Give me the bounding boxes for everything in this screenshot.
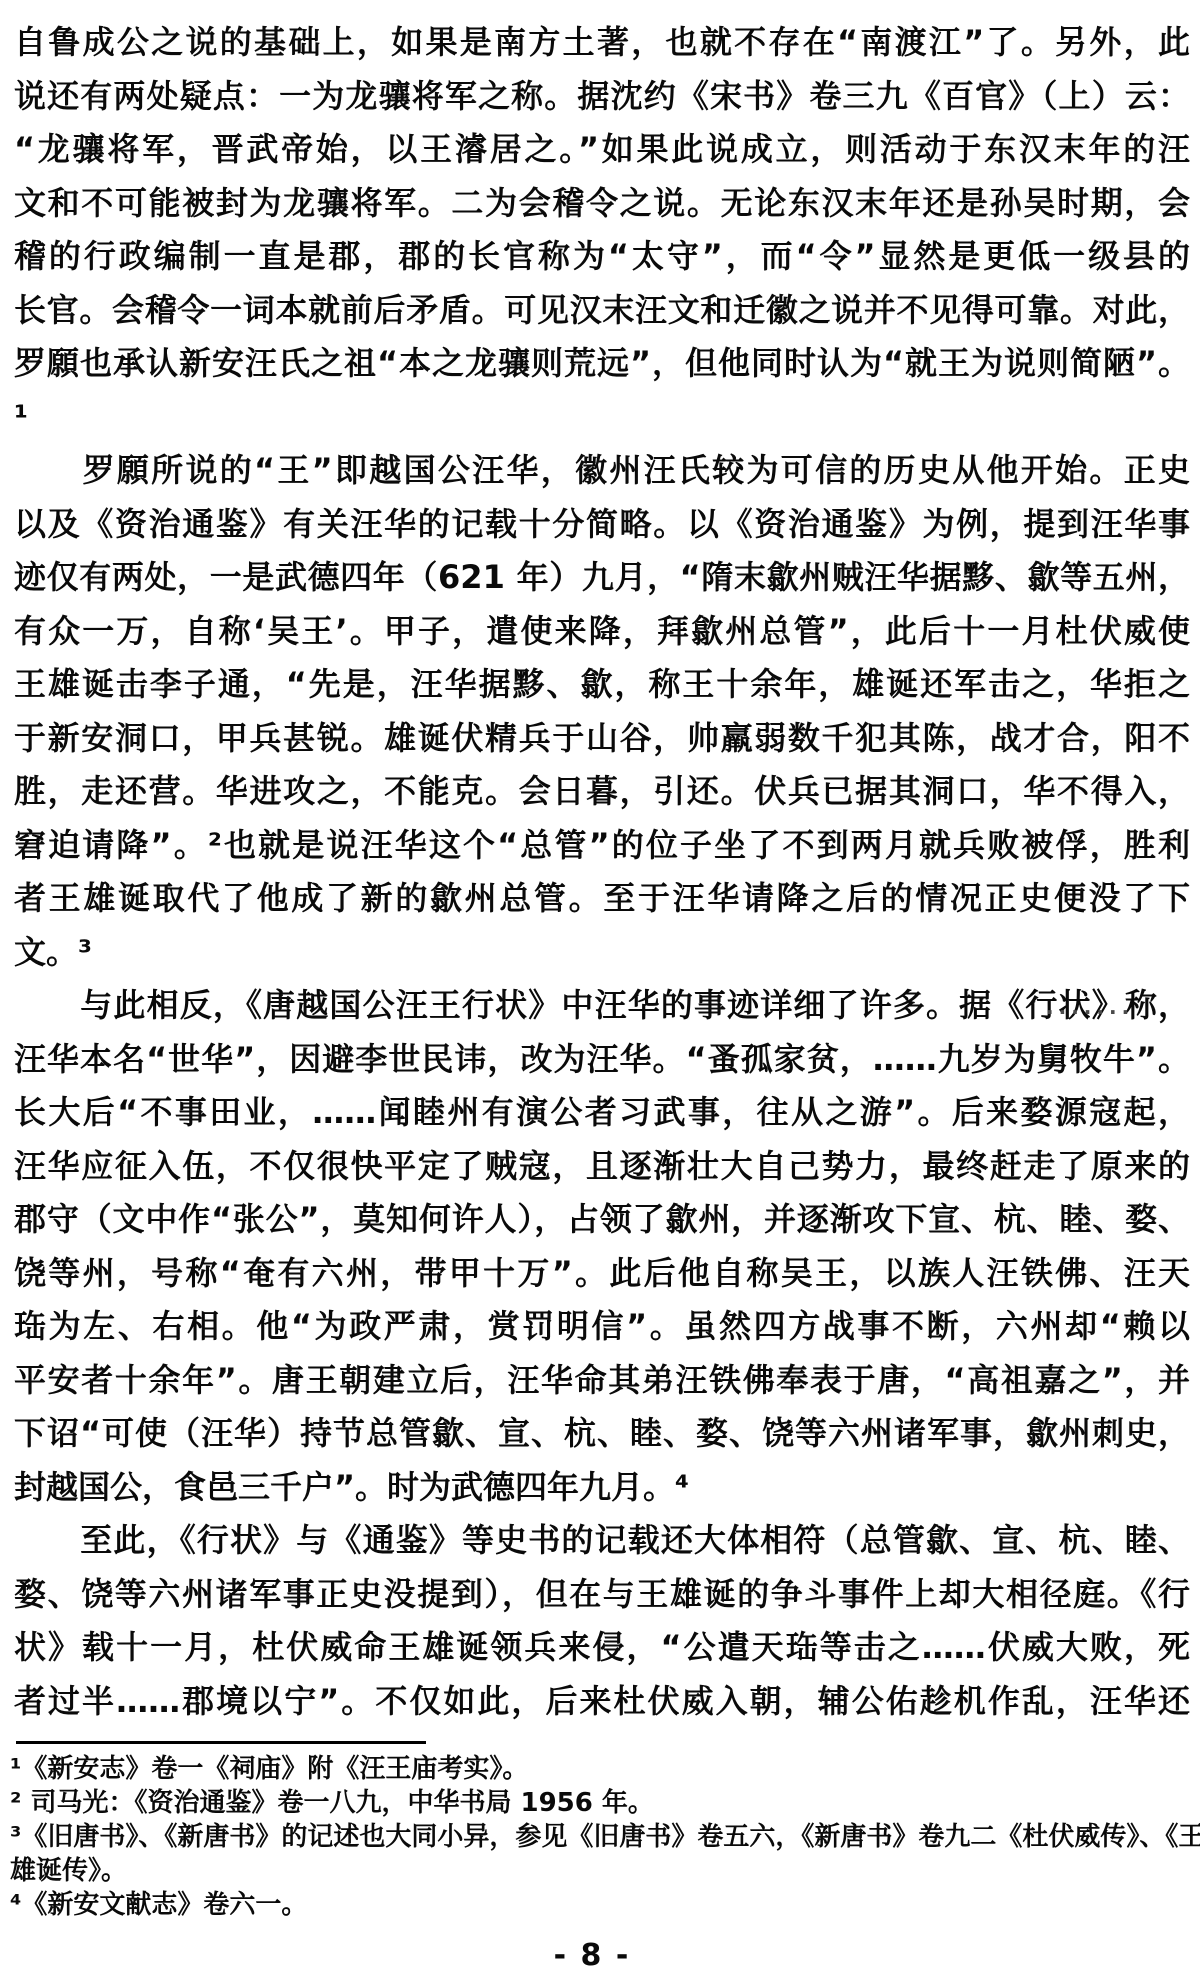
text-line: 汪华应征入伍，不仅很快平定了贼寇，且逐渐壮大自己势力，最终赶走了原来的	[14, 1140, 1190, 1194]
text-line: 封越国公，食邑三千户”。时为武德四年九月。⁴	[14, 1461, 1190, 1515]
text-line: 平安者十余年”。唐王朝建立后，汪华命其弟汪铁佛奉表于唐，“高祖嘉之”，并	[14, 1354, 1190, 1408]
footnote-separator	[16, 1741, 426, 1744]
footnote-line: ² 司马光：《资治通鉴》卷一八九，中华书局 1956 年。	[10, 1786, 1188, 1820]
text-line: 汪华本名“世华”，因避李世民讳，改为汪华。“蚤孤家贫，……九岁为舅牧牛”。	[14, 1033, 1190, 1087]
text-line: 者王雄诞取代了他成了新的歙州总管。至于汪华请降之后的情况正史便没了下	[14, 872, 1190, 926]
footnote-line: ¹《新安志》卷一《祠庙》附《汪王庙考实》。	[10, 1752, 1188, 1786]
text-line: 说还有两处疑点：一为龙骧将军之称。据沈约《宋书》卷三九《百官》（上）云：	[14, 70, 1190, 124]
text-line: 至此，《行状》与《通鉴》等史书的记载还大体相符（总管歙、宣、杭、睦、	[14, 1514, 1190, 1568]
footnote-line: 雄诞传》。	[10, 1854, 1188, 1888]
text-line: 长官。会稽令一词本就前后矛盾。可见汉末汪文和迁徽之说并不见得可靠。对此，	[14, 284, 1190, 338]
text-line: 状》载十一月，杜伏威命王雄诞领兵来侵，“公遣天珤等击之……伏威大败，死	[14, 1621, 1190, 1675]
text-line: 胜，走还营。华进攻之，不能克。会日暮，引还。伏兵已据其洞口，华不得入，	[14, 765, 1190, 819]
text-line: 珤为左、右相。他“为政严肃，赏罚明信”。虽然四方战事不断，六州却“赖以	[14, 1300, 1190, 1354]
text-line: 文和不可能被封为龙骧将军。二为会稽令之说。无论东汉末年还是孙吴时期，会	[14, 177, 1190, 231]
page-number: - 8 -	[0, 1938, 1184, 1973]
text-line: 王雄诞击李子通，“先是，汪华据黟、歙，称王十余年，雄诞还军击之，华拒之	[14, 658, 1190, 712]
text-line: 迹仅有两处，一是武德四年（621 年）九月，“隋末歙州贼汪华据黟、歙等五州，	[14, 551, 1190, 605]
text-line: 自鲁成公之说的基础上，如果是南方土著，也就不存在“南渡江”了。另外，此	[14, 16, 1190, 70]
text-line: 婺、饶等六州诸军事正史没提到），但在与王雄诞的争斗事件上却大相径庭。《行	[14, 1568, 1190, 1622]
text-line: 饶等州，号称“奄有六州，带甲十万”。此后他自称吴王，以族人汪铁佛、汪天	[14, 1247, 1190, 1301]
text-line: 下诏“可使（汪华）持节总管歙、宣、杭、睦、婺、饶等六州诸军事，歙州刺史，	[14, 1407, 1190, 1461]
text-line: 窘迫请降”。²也就是说汪华这个“总管”的位子坐了不到两月就兵败被俘，胜利	[14, 819, 1190, 873]
text-line: 罗願也承认新安汪氏之祖“本之龙骧则荒远”，但他同时认为“就王为说则简陋”。	[14, 337, 1190, 391]
text-line: 罗願所说的“王”即越国公汪华，徽州汪氏较为可信的历史从他开始。正史	[14, 444, 1190, 498]
footnote-line: ³《旧唐书》、《新唐书》的记述也大同小异，参见《旧唐书》卷五六，《新唐书》卷九二…	[10, 1820, 1188, 1854]
text-line: 有众一万，自称‘吴王’。甲子，遣使来降，拜歙州总管”，此后十一月杜伏威使	[14, 605, 1190, 659]
text-line: 长大后“不事田业，……闻睦州有演公者习武事，往从之游”。后来婺源寇起，	[14, 1086, 1190, 1140]
text-line: 于新安洞口，甲兵甚锐。雄诞伏精兵于山谷，帅羸弱数千犯其陈，战才合，阳不	[14, 712, 1190, 766]
scan-artifact-dots: ·······	[1046, 1000, 1156, 1024]
text-line: 郡守（文中作“张公”，莫知何许人），占领了歙州，并逐渐攻下宣、杭、睦、婺、	[14, 1193, 1190, 1247]
scanned-document-page: 自鲁成公之说的基础上，如果是南方土著，也就不存在“南渡江”了。另外，此说还有两处…	[0, 0, 1200, 1981]
text-line: 与此相反，《唐越国公汪王行状》中汪华的事迹详细了许多。据《行状》称，	[14, 979, 1190, 1033]
text-line: 以及《资治通鉴》有关汪华的记载十分简略。以《资治通鉴》为例，提到汪华事	[14, 498, 1190, 552]
text-line: 稽的行政编制一直是郡，郡的长官称为“太守”，而“令”显然是更低一级县的	[14, 230, 1190, 284]
footnote-line: ⁴《新安文献志》卷六一。	[10, 1888, 1188, 1922]
text-line: 者过半……郡境以宁”。不仅如此，后来杜伏威入朝，辅公佑趁机作乱，汪华还	[14, 1675, 1190, 1729]
text-line: “龙骧将军，晋武帝始，以王濬居之。”如果此说成立，则活动于东汉末年的汪	[14, 123, 1190, 177]
main-text-block: 自鲁成公之说的基础上，如果是南方土著，也就不存在“南渡江”了。另外，此说还有两处…	[14, 16, 1190, 1728]
text-line: 文。³	[14, 926, 1190, 980]
text-line: ¹	[14, 391, 1190, 445]
footnotes-block: ¹《新安志》卷一《祠庙》附《汪王庙考实》。² 司马光：《资治通鉴》卷一八九，中华…	[10, 1752, 1188, 1922]
